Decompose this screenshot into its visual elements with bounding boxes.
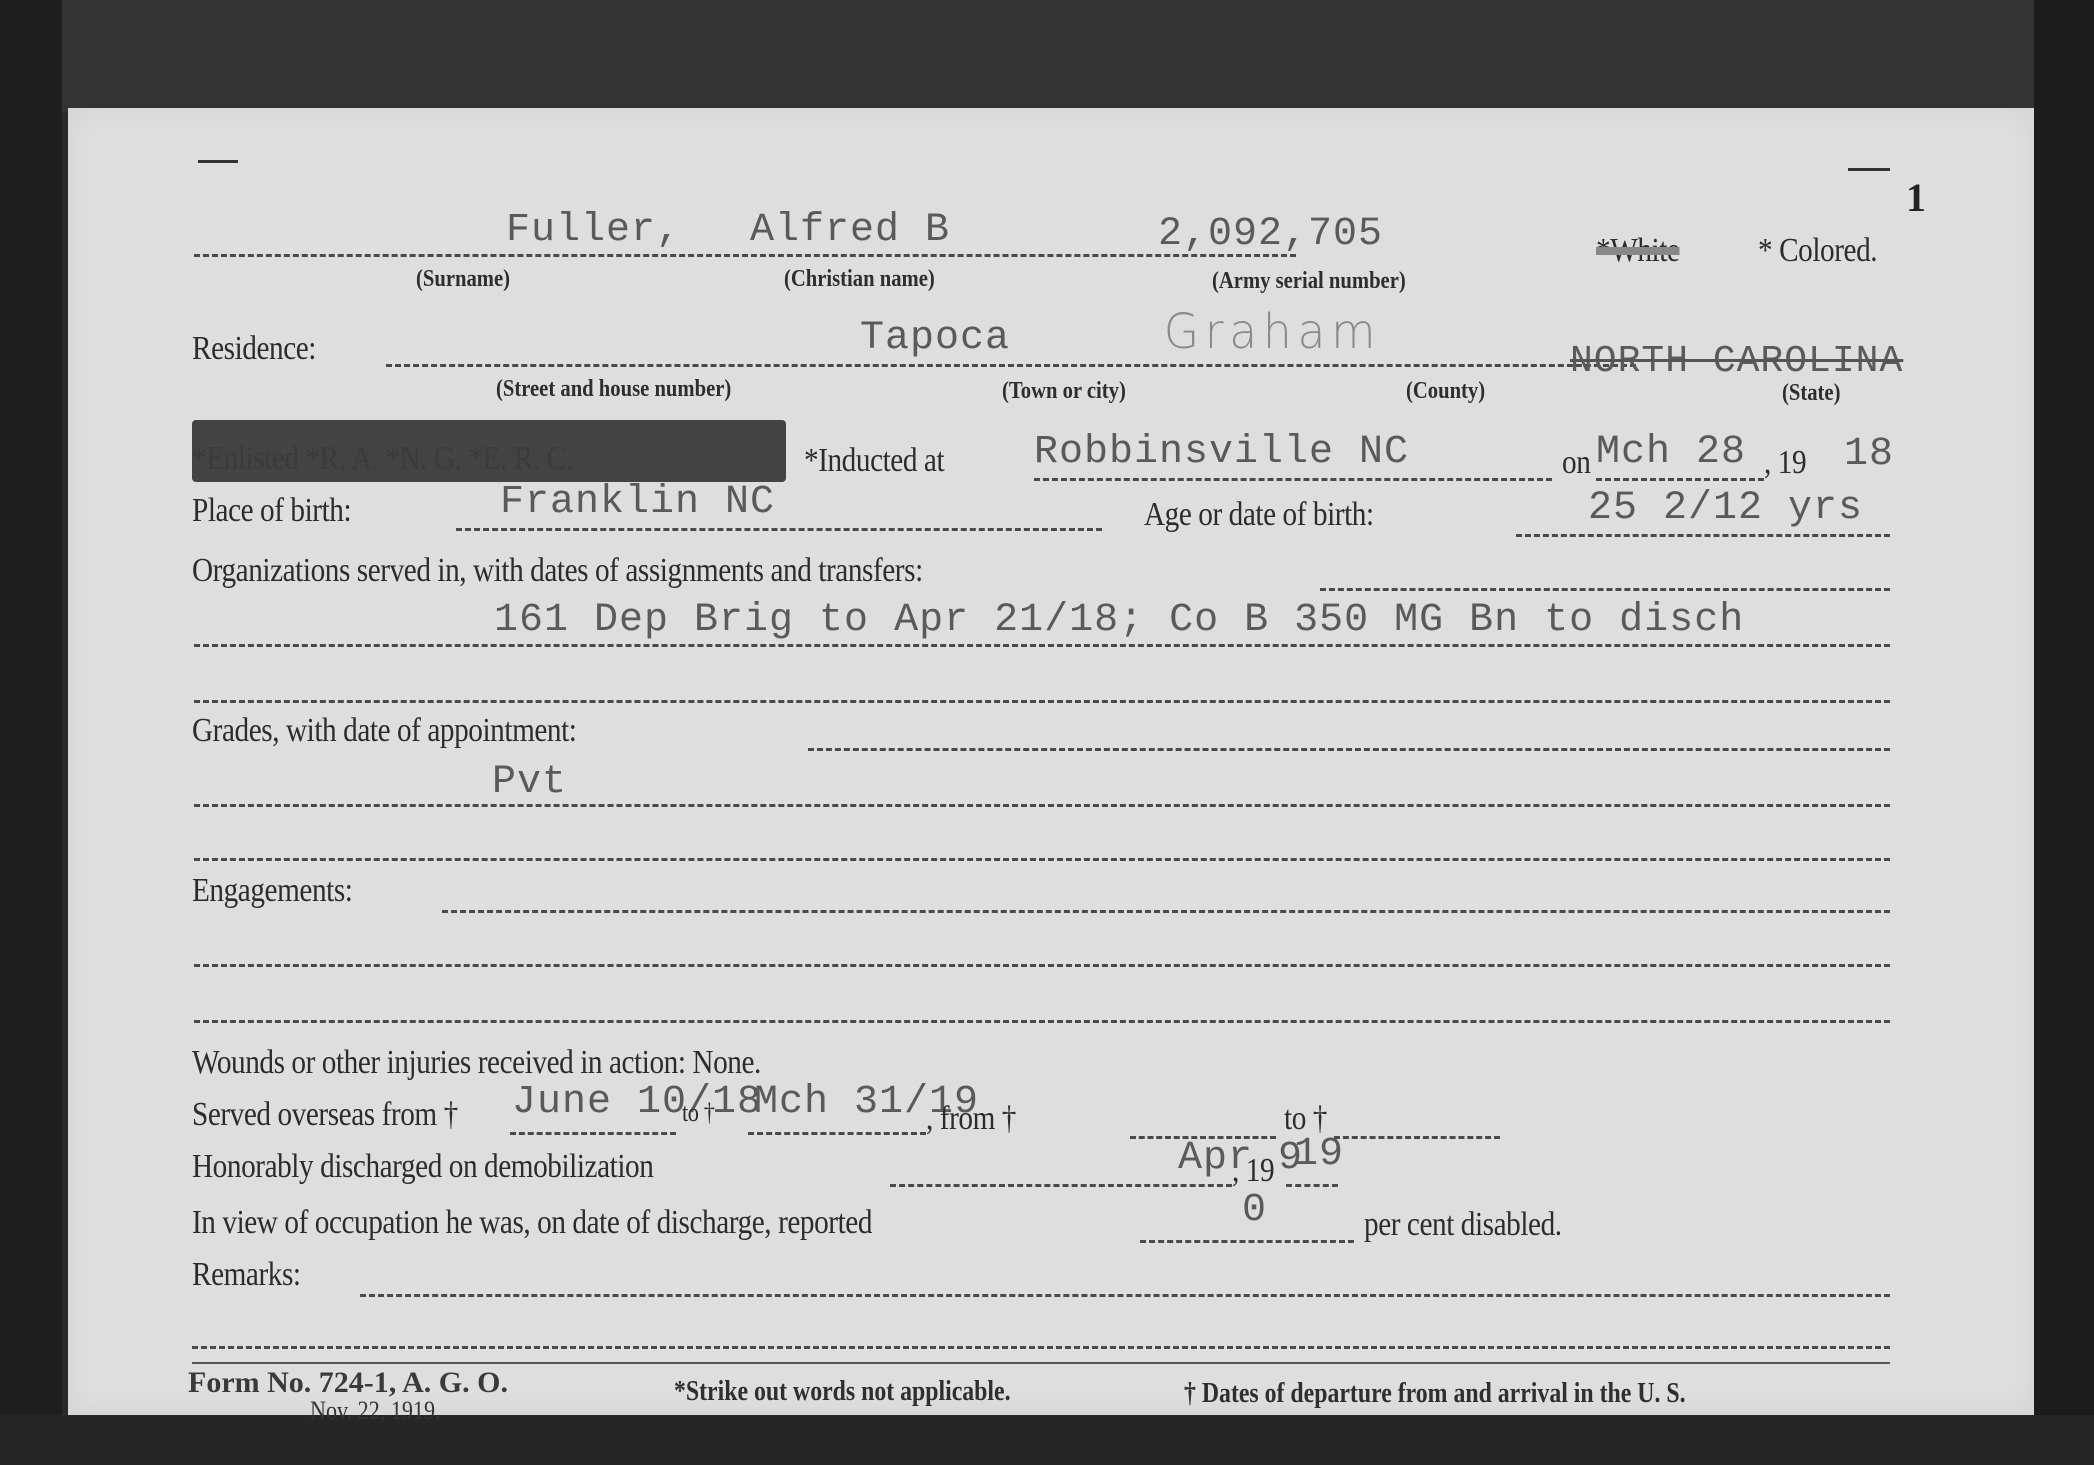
grades-label: Grades, with date of appointment: xyxy=(192,712,577,750)
age-label: Age or date of birth: xyxy=(1144,496,1374,534)
corner-mark-right xyxy=(1848,168,1890,171)
inducted-at-value: Robbinsville NC xyxy=(1034,430,1409,475)
scanner-background-left xyxy=(0,0,62,1465)
overseas-to-line xyxy=(748,1132,926,1135)
serial-number-value: 2,092,705 xyxy=(1158,212,1383,257)
grades-line-2 xyxy=(194,804,1890,807)
wounds-label: Wounds or other injuries received in act… xyxy=(192,1044,761,1082)
county-caption: (County) xyxy=(1406,378,1485,405)
disability-label: In view of occupation he was, on date of… xyxy=(192,1204,872,1242)
engagements-line-1 xyxy=(442,910,1890,913)
place-of-birth-line xyxy=(456,528,1102,531)
remarks-line-2 xyxy=(192,1346,1890,1349)
organizations-line-1 xyxy=(1320,588,1890,591)
organizations-value: 161 Dep Brig to Apr 21/18; Co B 350 MG B… xyxy=(494,598,1744,643)
grades-line-3 xyxy=(194,858,1890,861)
organizations-line-2 xyxy=(194,644,1890,647)
state-caption: (State) xyxy=(1782,380,1840,407)
overseas-to2-line xyxy=(1334,1136,1500,1139)
overseas-label: Served overseas from † xyxy=(192,1096,458,1134)
induction-date-line xyxy=(1596,478,1764,481)
grades-value: Pvt xyxy=(492,760,567,805)
scanner-background-top xyxy=(0,0,2094,112)
on-label: on xyxy=(1562,444,1590,482)
form-number: Form No. 724-1, A. G. O. xyxy=(188,1366,508,1400)
age-line xyxy=(1516,534,1890,537)
inducted-at-line xyxy=(1034,478,1552,481)
discharge-date-line xyxy=(890,1184,1232,1187)
engagements-line-2 xyxy=(194,964,1890,967)
street-caption: (Street and house number) xyxy=(496,376,731,403)
discharge-year-line xyxy=(1286,1184,1338,1187)
race-colored-option: * Colored. xyxy=(1758,232,1877,270)
remarks-label: Remarks: xyxy=(192,1256,301,1294)
induction-date-value: Mch 28 xyxy=(1596,430,1746,475)
residence-label: Residence: xyxy=(192,330,316,368)
discharge-label: Honorably discharged on demobilization xyxy=(192,1148,653,1186)
disability-line xyxy=(1140,1240,1354,1243)
race-white-option: *White xyxy=(1596,232,1679,270)
engagements-label: Engagements: xyxy=(192,872,352,910)
overseas-from-line xyxy=(510,1132,676,1135)
form-date: Nov. 22, 1919. xyxy=(310,1396,441,1426)
disability-value: 0 xyxy=(1242,1188,1267,1233)
discharge-year-prefix: , 19 xyxy=(1232,1152,1274,1190)
inducted-at-label: *Inducted at xyxy=(804,442,944,480)
page-number: 1 xyxy=(1906,174,1926,221)
name-line xyxy=(194,254,1296,257)
christian-name-caption: (Christian name) xyxy=(784,266,935,293)
induction-year-value: 18 xyxy=(1844,432,1894,477)
residence-town-value: Tapoca xyxy=(860,316,1010,361)
overseas-to-label: to † xyxy=(682,1098,714,1128)
organizations-line-3 xyxy=(194,700,1890,703)
remarks-line-1 xyxy=(360,1294,1890,1297)
residence-county-value: Graham xyxy=(1164,304,1381,360)
grades-line-1 xyxy=(808,748,1890,751)
engagements-line-3 xyxy=(194,1020,1890,1023)
age-value: 25 2/12 yrs xyxy=(1588,486,1863,531)
strike-out-note: *Strike out words not applicable. xyxy=(674,1376,1011,1408)
residence-state-value: NORTH CAROLINA xyxy=(1570,340,1903,383)
place-of-birth-value: Franklin NC xyxy=(500,480,775,525)
redaction-bar xyxy=(192,420,786,482)
town-caption: (Town or city) xyxy=(1002,378,1126,405)
overseas-from-value: June 10/18 xyxy=(512,1080,762,1125)
surname-value: Fuller, xyxy=(506,208,681,253)
dagger-note: † Dates of departure from and arrival in… xyxy=(1184,1378,1686,1410)
induction-year-prefix: , 19 xyxy=(1764,444,1806,482)
organizations-label: Organizations served in, with dates of a… xyxy=(192,552,923,590)
christian-name-value: Alfred B xyxy=(750,208,950,253)
serial-number-caption: (Army serial number) xyxy=(1212,268,1406,295)
scanner-background-right xyxy=(2034,0,2094,1465)
corner-mark-left xyxy=(198,160,238,163)
place-of-birth-label: Place of birth: xyxy=(192,492,351,530)
residence-line xyxy=(386,364,1636,367)
overseas-from2-label: , from † xyxy=(926,1100,1016,1138)
surname-caption: (Surname) xyxy=(416,266,510,293)
footer-rule xyxy=(192,1362,1890,1364)
discharge-year-value: 19 xyxy=(1294,1132,1344,1177)
service-record-card: 1 Fuller, Alfred B (Surname) (Christian … xyxy=(68,108,2034,1415)
disability-suffix: per cent disabled. xyxy=(1364,1206,1562,1244)
